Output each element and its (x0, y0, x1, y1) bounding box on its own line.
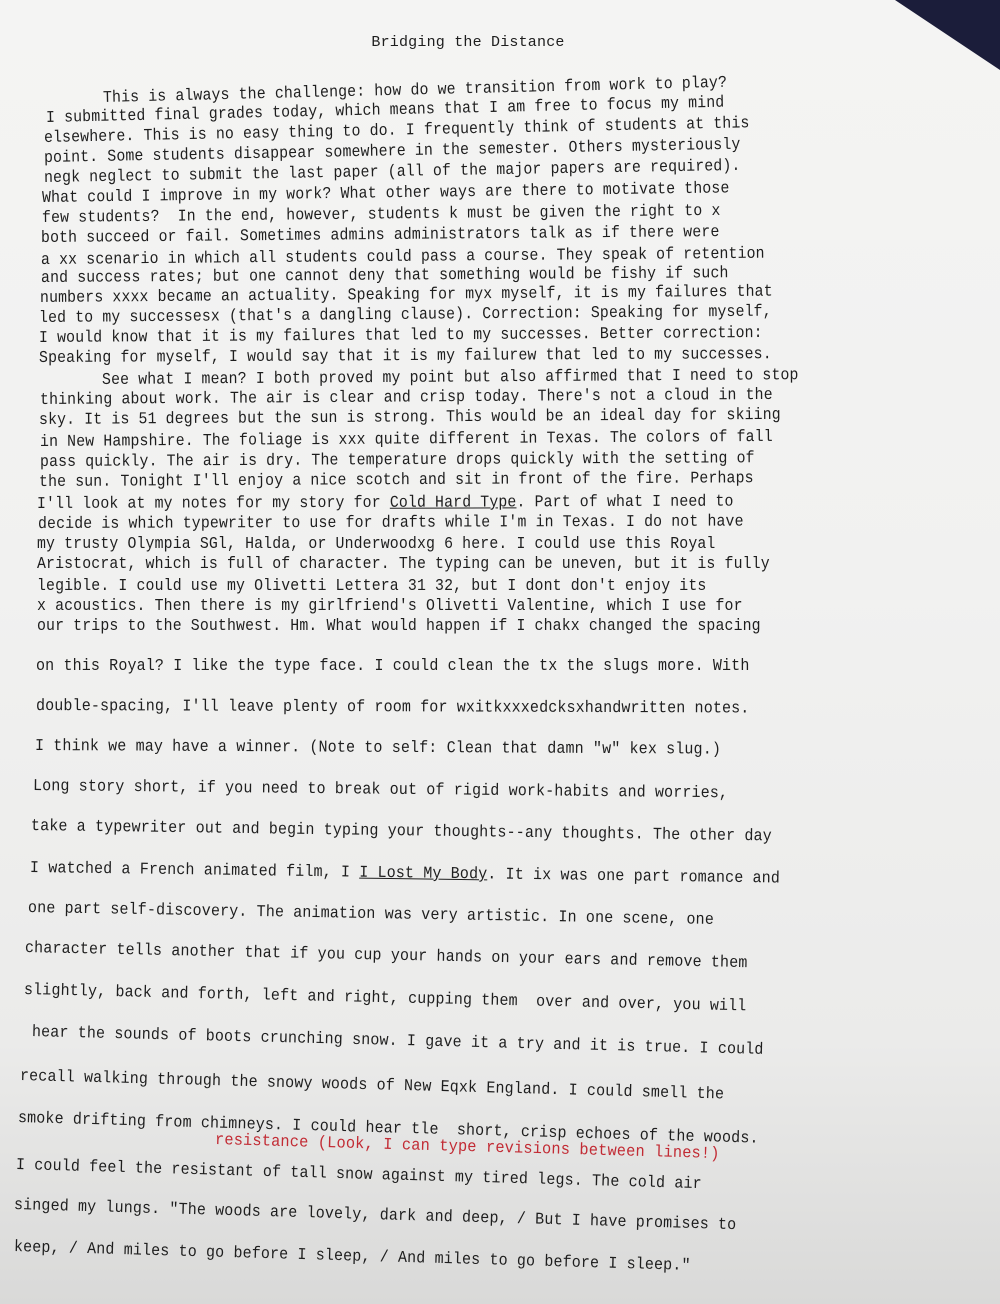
typed-line-double-spaced: singed my lungs. "The woods are lovely, … (14, 1195, 737, 1234)
typed-line: in New Hampshire. The foliage is xxx qui… (40, 427, 773, 451)
typed-line: my trusty Olympia SGl, Halda, or Underwo… (37, 534, 715, 553)
typed-line: Speaking for myself, I would say that it… (39, 344, 772, 367)
typed-line: Aristocrat, which is full of character. … (37, 554, 770, 573)
typed-line-double-spaced: double-spacing, I'll leave plenty of roo… (36, 696, 750, 717)
underlined-title: I Lost My Body (359, 863, 487, 884)
typed-line: the sun. Tonight I'll enjoy a nice scotc… (39, 468, 754, 491)
typed-line-double-spaced: slightly, back and forth, left and right… (24, 980, 747, 1015)
typed-line-double-spaced: I could feel the resistant of tall snow … (16, 1155, 702, 1193)
typed-line-double-spaced: take a typewriter out and begin typing y… (31, 816, 772, 845)
typed-line: decide is which typewriter to use for dr… (38, 512, 744, 533)
typed-line-double-spaced: keep, / And miles to go before I sleep, … (14, 1237, 691, 1275)
page-title: Bridging the Distance (0, 34, 936, 51)
typed-line-double-spaced: on this Royal? I like the type face. I c… (36, 656, 749, 675)
typed-line-double-spaced: I watched a French animated film, I I Lo… (30, 858, 780, 887)
typed-line: I'll look at my notes for my story for C… (37, 492, 734, 513)
typed-line-double-spaced: character tells another that if you cup … (25, 938, 748, 972)
typed-line: legible. I could use my Olivetti Lettera… (37, 576, 706, 595)
typed-line: x acoustics. Then there is my girlfriend… (37, 596, 743, 615)
typed-line: sky. It is 51 degrees but the sun is str… (39, 405, 781, 429)
typed-line-double-spaced: Long story short, if you need to break o… (33, 776, 728, 802)
typed-line-double-spaced: I think we may have a winner. (Note to s… (35, 736, 721, 759)
typed-line: I would know that it is my failures that… (39, 323, 763, 347)
typed-line-double-spaced: one part self-discovery. The animation w… (28, 898, 714, 929)
typed-line-double-spaced: hear the sounds of boots crunching snow.… (32, 1022, 764, 1059)
typed-line: pass quickly. The air is dry. The temper… (40, 448, 755, 471)
typed-line: our trips to the Southwest. Hm. What wou… (37, 616, 761, 635)
typed-line-double-spaced: recall walking through the snowy woods o… (20, 1066, 725, 1103)
underlined-title: Cold Hard Type (390, 492, 517, 511)
